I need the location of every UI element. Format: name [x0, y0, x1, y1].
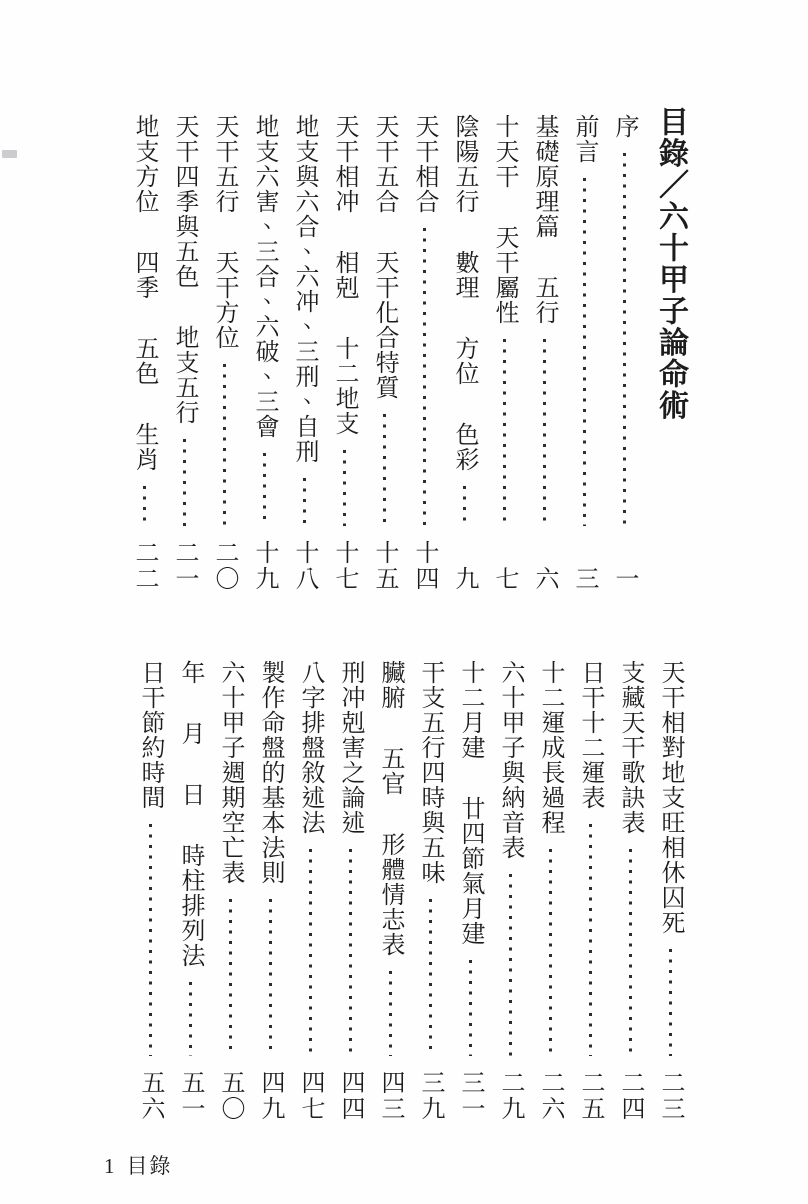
dot-leader	[429, 899, 432, 1056]
entry-page-number: 三九	[410, 1066, 450, 1122]
page-footer: 1 目錄	[104, 1150, 173, 1180]
toc-entry: 六十甲子週期空亡表 五〇	[210, 652, 250, 1122]
toc-entry: 臟腑 五官 形體情志表 四三	[370, 652, 410, 1122]
dot-leader	[263, 453, 266, 526]
dot-leader	[229, 899, 232, 1056]
toc-entry: 地支與六合、六冲、三刑、自刑 十八	[284, 106, 324, 592]
entry-page-number: 十九	[244, 536, 284, 592]
entry-page-number: 二四	[610, 1066, 650, 1122]
scan-artifact	[2, 150, 17, 158]
entry-page-number: 十七	[324, 536, 364, 592]
dot-leader	[549, 849, 552, 1056]
toc-entry: 日干節約時間 五六	[130, 652, 170, 1122]
entry-page-number: 二〇	[204, 536, 244, 592]
entry-title: 日干節約時間	[130, 660, 170, 810]
toc-entry: 天干相冲 相剋 十二地支 十七	[324, 106, 364, 592]
toc-entry: 前言 三	[564, 106, 604, 592]
entry-page-number: 九	[444, 536, 484, 592]
entry-page-number: 四七	[290, 1066, 330, 1122]
entry-page-number: 五一	[170, 1066, 210, 1122]
toc-entry: 天干相對地支旺相休囚死 二三	[650, 652, 690, 1122]
dot-leader	[343, 450, 346, 526]
entry-title: 年 月 日 時柱排列法	[170, 660, 210, 968]
toc-entry: 十二月建 廿四節氣月建 三一	[450, 652, 490, 1122]
entry-title: 地支六害、三合、六破、三會	[244, 114, 284, 439]
toc-entry: 序 一	[604, 106, 644, 592]
entry-title: 序	[604, 114, 644, 139]
toc-entry: 陰陽五行 數理 方位 色彩 九	[444, 106, 484, 592]
entry-title: 製作命盤的基本法則	[250, 660, 290, 885]
entry-title: 天干相冲 相剋 十二地支	[324, 114, 364, 436]
toc-entry: 天干五合 天干化合特質 十五	[364, 106, 404, 592]
toc-entry: 製作命盤的基本法則 四九	[250, 652, 290, 1122]
entry-page-number: 五六	[130, 1066, 170, 1122]
entry-title: 十二月建 廿四節氣月建	[450, 660, 490, 946]
entry-page-number: 二六	[530, 1066, 570, 1122]
dot-leader	[383, 414, 386, 526]
toc-entry: 年 月 日 時柱排列法 五一	[170, 652, 210, 1122]
entry-page-number: 二二	[124, 536, 164, 592]
dot-leader	[349, 849, 352, 1056]
entry-page-number: 四九	[250, 1066, 290, 1122]
dot-leader	[309, 849, 312, 1056]
entry-title: 天干五行 天干方位	[204, 114, 244, 350]
entry-title: 臟腑 五官 形體情志表	[370, 660, 410, 957]
dot-leader	[389, 971, 392, 1056]
toc-entry: 天干四季與五色 地支五行 二一	[164, 106, 204, 592]
dot-leader	[589, 824, 592, 1056]
entry-title: 刑冲剋害之論述	[330, 660, 370, 835]
entry-page-number: 五〇	[210, 1066, 250, 1122]
folio-number: 1	[104, 1154, 117, 1179]
entry-title: 日干十二運表	[570, 660, 610, 810]
dot-leader	[223, 364, 226, 526]
toc-entry: 六十甲子與納音表 二九	[490, 652, 530, 1122]
entry-title: 干支五行四時與五味	[410, 660, 450, 885]
toc-entry: 基礎原理篇 五行 六	[524, 106, 564, 592]
toc-page: 目錄／六十甲子論命術 序 一 前言 三 基礎原理篇 五行 六 十天干 天干屬性 …	[0, 0, 808, 1204]
toc-entry: 地支六害、三合、六破、三會 十九	[244, 106, 284, 592]
entry-page-number: 三	[564, 536, 604, 592]
entry-title: 地支方位 四季 五色 生肖	[124, 114, 164, 472]
dot-leader	[303, 478, 306, 526]
entry-title: 六十甲子週期空亡表	[210, 660, 250, 885]
entry-page-number: 一	[604, 536, 644, 592]
dot-leader	[423, 228, 426, 526]
entry-page-number: 七	[484, 536, 524, 592]
entry-page-number: 四四	[330, 1066, 370, 1122]
entry-title: 地支與六合、六冲、三刑、自刑	[284, 114, 324, 464]
entry-page-number: 二九	[490, 1066, 530, 1122]
entry-title: 前言	[564, 114, 604, 164]
entry-page-number: 十五	[364, 536, 404, 592]
entry-page-number: 十八	[284, 536, 324, 592]
entry-page-number: 二一	[164, 536, 204, 592]
entry-title: 六十甲子與納音表	[490, 660, 530, 860]
entry-title: 支藏天干歌訣表	[610, 660, 650, 835]
dot-leader	[143, 486, 146, 526]
entry-title: 基礎原理篇 五行	[524, 114, 564, 325]
dot-leader	[583, 178, 586, 526]
dot-leader	[669, 949, 672, 1056]
entry-page-number: 三一	[450, 1066, 490, 1122]
dot-leader	[189, 982, 192, 1056]
entry-title: 天干四季與五色 地支五行	[164, 114, 204, 425]
entry-page-number: 六	[524, 536, 564, 592]
dot-leader	[509, 874, 512, 1056]
toc-section-tables: 天干相對地支旺相休囚死 二三 支藏天干歌訣表 二四 日干十二運表 二五 十二運成…	[130, 652, 690, 1122]
toc-entry: 天干五行 天干方位 二〇	[204, 106, 244, 592]
toc-section-basics: 目錄／六十甲子論命術 序 一 前言 三 基礎原理篇 五行 六 十天干 天干屬性 …	[124, 106, 696, 592]
toc-entry: 八字排盤敘述法 四七	[290, 652, 330, 1122]
toc-entry: 干支五行四時與五味 三九	[410, 652, 450, 1122]
dot-leader	[463, 486, 466, 526]
toc-entry: 刑冲剋害之論述 四四	[330, 652, 370, 1122]
toc-entry: 支藏天干歌訣表 二四	[610, 652, 650, 1122]
entry-page-number: 二五	[570, 1066, 610, 1122]
toc-entry: 天干相合 十四	[404, 106, 444, 592]
entry-title: 八字排盤敘述法	[290, 660, 330, 835]
dot-leader	[269, 899, 272, 1056]
entry-page-number: 四三	[370, 1066, 410, 1122]
dot-leader	[623, 153, 626, 526]
dot-leader	[629, 849, 632, 1056]
entry-page-number: 十四	[404, 536, 444, 592]
dot-leader	[543, 339, 546, 526]
toc-entry: 十二運成長過程 二六	[530, 652, 570, 1122]
dot-leader	[503, 339, 506, 526]
entry-title: 陰陽五行 數理 方位 色彩	[444, 114, 484, 472]
entry-title: 天干相對地支旺相休囚死	[650, 660, 690, 935]
entry-title: 十二運成長過程	[530, 660, 570, 835]
entry-title: 十天干 天干屬性	[484, 114, 524, 325]
toc-entry: 日干十二運表 二五	[570, 652, 610, 1122]
footer-label: 目錄	[127, 1150, 173, 1180]
entry-title: 天干五合 天干化合特質	[364, 114, 404, 400]
entry-title: 天干相合	[404, 114, 444, 214]
toc-entry: 地支方位 四季 五色 生肖 二二	[124, 106, 164, 592]
dot-leader	[469, 960, 472, 1056]
entry-page-number: 二三	[650, 1066, 690, 1122]
toc-entry: 十天干 天干屬性 七	[484, 106, 524, 592]
dot-leader	[149, 824, 152, 1056]
dot-leader	[183, 439, 186, 526]
book-title: 目錄／六十甲子論命術	[644, 106, 696, 592]
